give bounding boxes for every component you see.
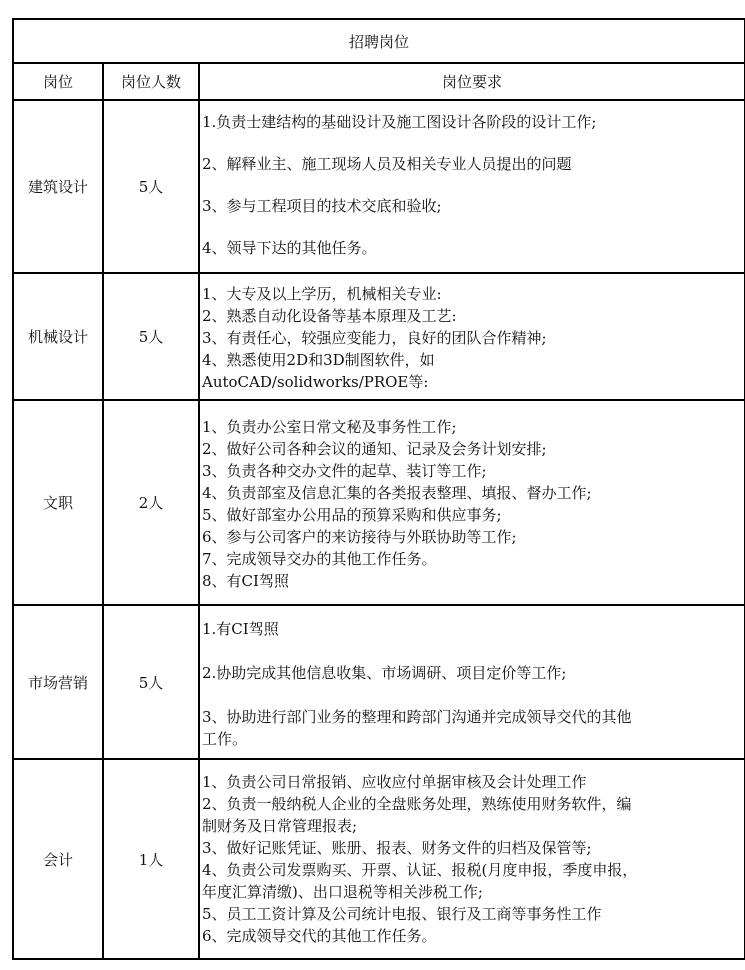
requirement-line: 1、负责公司日常报销、应收应付单据审核及会计处理工作 bbox=[202, 771, 744, 793]
requirement-line: 5、员工工资计算及公司统计电报、银行及工商等事务性工作 bbox=[202, 903, 744, 925]
header-position: 岗位 bbox=[13, 63, 103, 100]
requirement-line: 1.负责士建结构的基础设计及施工图设计各阶段的设计工作; bbox=[202, 111, 744, 133]
table-row: 市场营销 5人 1.有CI驾照 2.协助完成其他信息收集、市场调研、项目定价等工… bbox=[13, 605, 745, 759]
requirement-line: 2、解释业主、施工现场人员及相关专业人员提出的问题 bbox=[202, 153, 744, 175]
requirement-line: AutoCAD/solidworks/PROE等: bbox=[202, 371, 744, 393]
recruitment-table: 招聘岗位 岗位 岗位人数 岗位要求 建筑设计 5人 1.负责士建结构的基础设计及… bbox=[12, 18, 745, 960]
count-cell: 5人 bbox=[103, 273, 199, 400]
requirement-line: 年度汇算清缴)、出口退税等相关涉税工作; bbox=[202, 881, 744, 903]
count-cell: 5人 bbox=[103, 605, 199, 759]
position-cell: 文职 bbox=[13, 400, 103, 605]
position-cell: 市场营销 bbox=[13, 605, 103, 759]
table-row: 会计 1人 1、负责公司日常报销、应收应付单据审核及会计处理工作 2、负责一般纳… bbox=[13, 759, 745, 959]
requirement-line: 6、完成领导交代的其他工作任务。 bbox=[202, 925, 744, 947]
header-requirements: 岗位要求 bbox=[199, 63, 745, 100]
header-row: 岗位 岗位人数 岗位要求 bbox=[13, 63, 745, 100]
table-row: 机械设计 5人 1、大专及以上学历，机械相关专业: 2、熟悉自动化设备等基本原理… bbox=[13, 273, 745, 400]
table-title: 招聘岗位 bbox=[13, 19, 745, 63]
requirement-line: 4、负责部室及信息汇集的各类报表整理、填报、督办工作; bbox=[202, 482, 744, 504]
requirement-line: 3、有责任心，较强应变能力，良好的团队合作精神; bbox=[202, 327, 744, 349]
requirement-line: 1、负责办公室日常文秘及事务性工作; bbox=[202, 416, 744, 438]
requirement-line: 制财务及日常管理报表; bbox=[202, 815, 744, 837]
requirement-line: 4、领导下达的其他任务。 bbox=[202, 237, 744, 259]
count-cell: 5人 bbox=[103, 100, 199, 273]
requirement-line: 8、有CI驾照 bbox=[202, 570, 744, 592]
requirement-line: 2、熟悉自动化设备等基本原理及工艺: bbox=[202, 305, 744, 327]
requirement-line: 3、参与工程项目的技术交底和验收; bbox=[202, 195, 744, 217]
requirements-cell: 1.有CI驾照 2.协助完成其他信息收集、市场调研、项目定价等工作; 3、协助进… bbox=[199, 605, 745, 759]
position-cell: 机械设计 bbox=[13, 273, 103, 400]
requirement-line: 3、做好记账凭证、账册、报表、财务文件的归档及保管等; bbox=[202, 837, 744, 859]
count-cell: 1人 bbox=[103, 759, 199, 959]
requirements-cell: 1、负责办公室日常文秘及事务性工作; 2、做好公司各种会议的通知、记录及会务计划… bbox=[199, 400, 745, 605]
count-cell: 2人 bbox=[103, 400, 199, 605]
requirement-line: 4、负责公司发票购买、开票、认证、报税(月度申报，季度申报， bbox=[202, 859, 744, 881]
header-count: 岗位人数 bbox=[103, 63, 199, 100]
requirement-line: 3、负责各种交办文件的起草、装订等工作; bbox=[202, 460, 744, 482]
requirement-line: 1.有CI驾照 bbox=[202, 618, 744, 640]
requirements-cell: 1.负责士建结构的基础设计及施工图设计各阶段的设计工作; 2、解释业主、施工现场… bbox=[199, 100, 745, 273]
position-cell: 会计 bbox=[13, 759, 103, 959]
requirement-line: 6、参与公司客户的来访接待与外联协助等工作; bbox=[202, 526, 744, 548]
requirement-line: 工作。 bbox=[202, 728, 744, 750]
requirement-line: 2、负责一般纳税人企业的全盘账务处理，熟练使用财务软件，编 bbox=[202, 793, 744, 815]
requirements-cell: 1、大专及以上学历，机械相关专业: 2、熟悉自动化设备等基本原理及工艺: 3、有… bbox=[199, 273, 745, 400]
requirement-line: 1、大专及以上学历，机械相关专业: bbox=[202, 283, 744, 305]
requirement-line: 5、做好部室办公用品的预算采购和供应事务; bbox=[202, 504, 744, 526]
requirement-line: 2.协助完成其他信息收集、市场调研、项目定价等工作; bbox=[202, 662, 744, 684]
requirement-line: 4、熟悉使用2D和3D制图软件，如 bbox=[202, 349, 744, 371]
position-cell: 建筑设计 bbox=[13, 100, 103, 273]
requirements-cell: 1、负责公司日常报销、应收应付单据审核及会计处理工作 2、负责一般纳税人企业的全… bbox=[199, 759, 745, 959]
requirement-line: 2、做好公司各种会议的通知、记录及会务计划安排; bbox=[202, 438, 744, 460]
requirement-line: 3、协助进行部门业务的整理和跨部门沟通并完成领导交代的其他 bbox=[202, 706, 744, 728]
table-row: 建筑设计 5人 1.负责士建结构的基础设计及施工图设计各阶段的设计工作; 2、解… bbox=[13, 100, 745, 273]
requirement-line: 7、完成领导交办的其他工作任务。 bbox=[202, 548, 744, 570]
table-row: 文职 2人 1、负责办公室日常文秘及事务性工作; 2、做好公司各种会议的通知、记… bbox=[13, 400, 745, 605]
